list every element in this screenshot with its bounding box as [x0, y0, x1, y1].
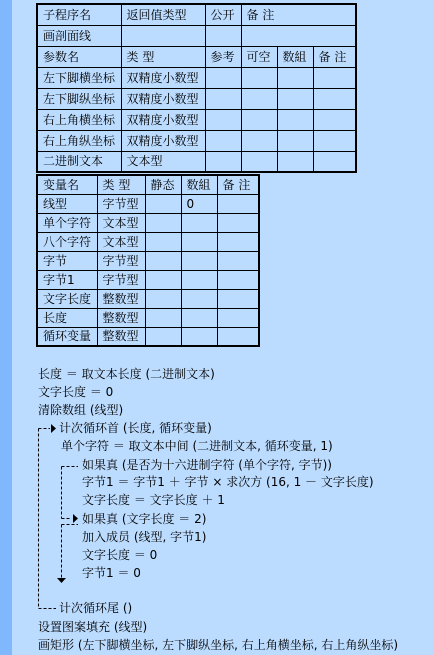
- param-name-cell[interactable]: 左下脚纵坐标: [37, 88, 121, 109]
- param-reference-cell[interactable]: [205, 88, 241, 109]
- variable-row: 循环变量 整数型: [37, 327, 259, 346]
- if-true-line[interactable]: 如果真 (文字长度 ＝ 2): [82, 512, 206, 526]
- variable-name-cell[interactable]: 字节1: [37, 270, 97, 289]
- if-true-line[interactable]: 如果真 (是否为十六进制字符 (单个字符, 字节)): [82, 458, 332, 472]
- variable-table: 变量名 类 型 静态 数組 备 注 线型 字节型 0 单个字符 文本型 八个字符…: [36, 174, 260, 347]
- variable-name-cell[interactable]: 单个字符: [37, 213, 97, 232]
- variable-static-label: 静态: [145, 175, 181, 194]
- param-name-cell[interactable]: 右上角横坐标: [37, 109, 121, 130]
- variable-row: 字节 字节型: [37, 251, 259, 270]
- variable-static-cell[interactable]: [145, 232, 181, 251]
- param-nullable-cell[interactable]: [241, 88, 277, 109]
- param-array-cell[interactable]: [277, 109, 313, 130]
- param-remark-cell[interactable]: [313, 151, 356, 172]
- param-row: 左下脚纵坐标 双精度小数型: [37, 88, 356, 109]
- param-type-cell[interactable]: 双精度小数型: [121, 109, 205, 130]
- code-line[interactable]: 单个字符 ＝ 取文本中间 (二进制文本, 循环变量, 1): [61, 439, 333, 453]
- param-remark-cell[interactable]: [313, 130, 356, 151]
- variable-static-cell[interactable]: [145, 213, 181, 232]
- variable-name-cell[interactable]: 八个字符: [37, 232, 97, 251]
- variable-header-row: 变量名 类 型 静态 数組 备 注: [37, 175, 259, 194]
- param-row: 右上角横坐标 双精度小数型: [37, 109, 356, 130]
- variable-type-cell[interactable]: 字节型: [97, 251, 145, 270]
- param-remark-label: 备 注: [313, 46, 356, 67]
- subroutine-table: 子程序名 返回值类型 公开 备 注 画剖面线 参数名 类 型 参考 可空 数組 …: [36, 3, 357, 173]
- variable-array-cell[interactable]: [181, 270, 217, 289]
- variable-name-cell[interactable]: 循环变量: [37, 327, 97, 346]
- param-name-label: 参数名: [37, 46, 121, 67]
- return-type-label: 返回值类型: [121, 4, 205, 25]
- variable-array-cell[interactable]: [181, 213, 217, 232]
- public-label: 公开: [205, 4, 241, 25]
- variable-name-cell[interactable]: 长度: [37, 308, 97, 327]
- variable-type-label: 类 型: [97, 175, 145, 194]
- code-line[interactable]: 文字长度 ＝ 0: [82, 548, 157, 562]
- param-nullable-cell[interactable]: [241, 130, 277, 151]
- variable-type-cell[interactable]: 整数型: [97, 308, 145, 327]
- variable-name-cell[interactable]: 字节: [37, 251, 97, 270]
- param-name-cell[interactable]: 左下脚横坐标: [37, 67, 121, 88]
- variable-remark-cell[interactable]: [217, 251, 259, 270]
- param-nullable-cell[interactable]: [241, 151, 277, 172]
- code-line[interactable]: 清除数组 (线型): [38, 403, 123, 417]
- variable-static-cell[interactable]: [145, 270, 181, 289]
- variable-row: 字节1 字节型: [37, 270, 259, 289]
- param-remark-cell[interactable]: [313, 88, 356, 109]
- param-name-cell[interactable]: 右上角纵坐标: [37, 130, 121, 151]
- code-line[interactable]: 加入成员 (线型, 字节1): [82, 530, 206, 544]
- left-margin-strip: [0, 0, 12, 655]
- param-row: 二进制文本 文本型: [37, 151, 356, 172]
- variable-remark-cell[interactable]: [217, 308, 259, 327]
- variable-remark-cell[interactable]: [217, 194, 259, 213]
- variable-row: 长度 整数型: [37, 308, 259, 327]
- param-array-cell[interactable]: [277, 88, 313, 109]
- variable-array-label: 数組: [181, 175, 217, 194]
- param-reference-cell[interactable]: [205, 67, 241, 88]
- variable-remark-label: 备 注: [217, 175, 259, 194]
- variable-remark-cell[interactable]: [217, 289, 259, 308]
- param-nullable-cell[interactable]: [241, 109, 277, 130]
- param-reference-cell[interactable]: [205, 130, 241, 151]
- param-array-cell[interactable]: [277, 67, 313, 88]
- variable-type-cell[interactable]: 字节型: [97, 270, 145, 289]
- subroutine-name-cell[interactable]: 画剖面线: [37, 25, 121, 46]
- variable-static-cell[interactable]: [145, 251, 181, 270]
- param-reference-cell[interactable]: [205, 151, 241, 172]
- subroutine-remark-label: 备 注: [241, 4, 356, 25]
- variable-remark-cell[interactable]: [217, 232, 259, 251]
- variable-name-cell[interactable]: 线型: [37, 194, 97, 213]
- param-reference-cell[interactable]: [205, 109, 241, 130]
- variable-remark-cell[interactable]: [217, 270, 259, 289]
- loop-end-line[interactable]: 计次循环尾 (): [59, 601, 132, 615]
- code-line[interactable]: 文字长度 ＝ 0: [38, 385, 113, 399]
- param-array-cell[interactable]: [277, 151, 313, 172]
- param-remark-cell[interactable]: [313, 67, 356, 88]
- code-line[interactable]: 长度 ＝ 取文本长度 (二进制文本): [38, 367, 215, 381]
- variable-type-cell[interactable]: 整数型: [97, 327, 145, 346]
- subroutine-name-label: 子程序名: [37, 4, 121, 25]
- public-cell[interactable]: [205, 25, 241, 46]
- variable-remark-cell[interactable]: [217, 327, 259, 346]
- variable-array-cell[interactable]: [181, 289, 217, 308]
- param-row: 右上角纵坐标 双精度小数型: [37, 130, 356, 151]
- param-name-cell[interactable]: 二进制文本: [37, 151, 121, 172]
- code-line[interactable]: 画矩形 (左下脚横坐标, 左下脚纵坐标, 右上角横坐标, 右上角纵坐标): [38, 638, 398, 652]
- variable-array-cell[interactable]: [181, 251, 217, 270]
- variable-type-cell[interactable]: 整数型: [97, 289, 145, 308]
- param-type-cell[interactable]: 双精度小数型: [121, 67, 205, 88]
- param-type-cell[interactable]: 双精度小数型: [121, 88, 205, 109]
- variable-array-cell[interactable]: [181, 327, 217, 346]
- variable-row: 文字长度 整数型: [37, 289, 259, 308]
- param-row: 左下脚横坐标 双精度小数型: [37, 67, 356, 88]
- variable-type-cell[interactable]: 字节型: [97, 194, 145, 213]
- variable-type-cell[interactable]: 文本型: [97, 213, 145, 232]
- param-type-cell[interactable]: 文本型: [121, 151, 205, 172]
- variable-array-cell[interactable]: [181, 308, 217, 327]
- return-type-cell[interactable]: [121, 25, 205, 46]
- variable-array-cell[interactable]: [181, 232, 217, 251]
- variable-name-cell[interactable]: 文字长度: [37, 289, 97, 308]
- param-nullable-cell[interactable]: [241, 67, 277, 88]
- param-header-row: 参数名 类 型 参考 可空 数組 备 注: [37, 46, 356, 67]
- subroutine-remark-cell[interactable]: [241, 25, 356, 46]
- code-line[interactable]: 字节1 ＝ 0: [82, 566, 141, 580]
- variable-name-label: 变量名: [37, 175, 97, 194]
- subroutine-header-row: 子程序名 返回值类型 公开 备 注: [37, 4, 356, 25]
- param-reference-label: 参考: [205, 46, 241, 67]
- variable-static-cell[interactable]: [145, 327, 181, 346]
- variable-row: 线型 字节型 0: [37, 194, 259, 213]
- variable-array-cell[interactable]: 0: [181, 194, 217, 213]
- code-line[interactable]: 字节1 ＝ 字节1 ＋ 字节 × 求次方 (16, 1 － 文字长度): [82, 475, 374, 489]
- loop-start-line[interactable]: 计次循环首 (长度, 循环变量): [59, 421, 212, 435]
- code-line[interactable]: 文字长度 ＝ 文字长度 ＋ 1: [82, 493, 225, 507]
- variable-static-cell[interactable]: [145, 289, 181, 308]
- subroutine-info-row: 画剖面线: [37, 25, 356, 46]
- variable-static-cell[interactable]: [145, 194, 181, 213]
- param-type-label: 类 型: [121, 46, 205, 67]
- param-array-cell[interactable]: [277, 130, 313, 151]
- variable-type-cell[interactable]: 文本型: [97, 232, 145, 251]
- param-type-cell[interactable]: 双精度小数型: [121, 130, 205, 151]
- param-nullable-label: 可空: [241, 46, 277, 67]
- param-remark-cell[interactable]: [313, 109, 356, 130]
- param-array-label: 数組: [277, 46, 313, 67]
- variable-row: 八个字符 文本型: [37, 232, 259, 251]
- variable-static-cell[interactable]: [145, 308, 181, 327]
- variable-row: 单个字符 文本型: [37, 213, 259, 232]
- variable-remark-cell[interactable]: [217, 213, 259, 232]
- code-line[interactable]: 设置图案填充 (线型): [38, 620, 147, 634]
